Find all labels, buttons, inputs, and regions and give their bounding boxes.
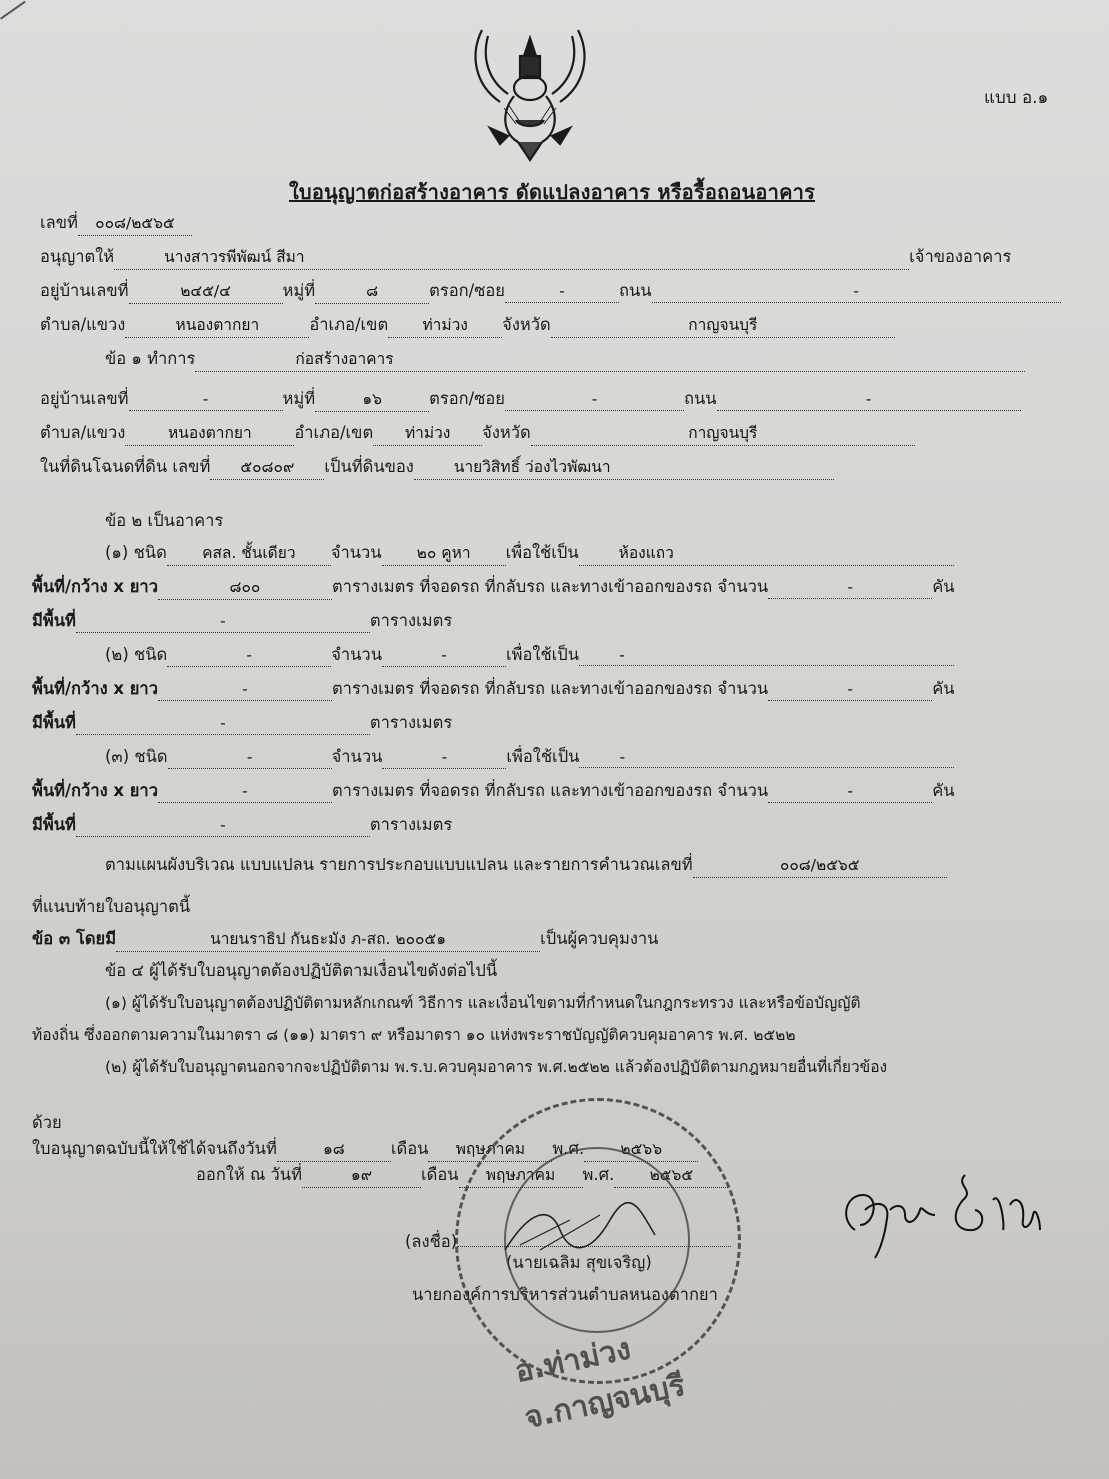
owner-suffix: เจ้าของอาคาร — [909, 244, 1011, 270]
land-deed-row: ในที่ดินโฉนดที่ดิน เลขที่ ๕๐๘๐๙ เป็นที่ด… — [40, 454, 834, 480]
building-type-label: ชนิด — [134, 642, 167, 668]
province-label: จังหวัด — [502, 312, 551, 338]
sqm-unit: ตารางเมตร — [370, 812, 452, 838]
site-tambon: หนองตากยา — [125, 420, 294, 446]
building-use-label: เพื่อใช้เป็น — [506, 642, 579, 668]
owner-house-no: ๒๔๕/๔ — [129, 278, 283, 304]
site-amphoe-label: อำเภอ/เขต — [294, 420, 373, 446]
plan-suffix: ที่แนบท้ายใบอนุญาตนี้ — [32, 894, 190, 920]
building-area-label: พื้นที่/กว้าง x ยาว — [32, 574, 158, 600]
road-label: ถนน — [619, 278, 652, 304]
building-count-label: จำนวน — [332, 744, 383, 770]
parking-area: - — [76, 714, 370, 735]
permit-number-row: เลขที่ ๐๐๘/๒๕๖๕ — [40, 210, 192, 236]
owner-road: - — [652, 282, 1061, 303]
plan-suffix-row: ที่แนบท้ายใบอนุญาตนี้ — [32, 894, 190, 920]
site-moo: ๑๖ — [315, 386, 429, 412]
building-type: - — [168, 748, 332, 769]
supervisor-suffix: เป็นผู้ควบคุมงาน — [540, 926, 658, 952]
building-count-label: จำนวน — [331, 540, 382, 566]
garuda-emblem-icon — [460, 24, 600, 164]
amphoe-label: อำเภอ/เขต — [309, 312, 388, 338]
land-owner: นายวิสิทธิ์ ว่องไวพัฒนา — [414, 454, 834, 480]
building-area-label: พื้นที่/กว้าง x ยาว — [32, 778, 158, 804]
issued-label: ออกให้ ณ วันที่ — [196, 1162, 302, 1188]
soi-label: ตรอก/ซอย — [429, 278, 505, 304]
vehicle-unit: คัน — [932, 778, 954, 804]
supervisor-name: นายนราธิป กันธะมัง ภ-สถ. ๒๐๐๕๑ — [116, 926, 540, 952]
building-count: - — [382, 646, 506, 667]
building-type-row: (๒) ชนิด - จำนวน - เพื่อใช้เป็น - — [105, 642, 954, 668]
plan-no: ๐๐๘/๒๕๖๕ — [693, 852, 947, 878]
form-code: แบบ อ.๑ — [984, 84, 1048, 111]
building-count: ๒๐ คูหา — [382, 540, 506, 566]
building-use: - — [579, 748, 954, 768]
site-province-label: จังหวัด — [482, 420, 531, 446]
clause4-item2-line1: (๒) ผู้ได้รับใบอนุญาตนอกจากจะปฏิบัติตาม … — [105, 1054, 887, 1079]
site-soi-label: ตรอก/ซอย — [429, 386, 505, 412]
issued-month-label: เดือน — [421, 1162, 459, 1188]
grantee-label: อนุญาตให้ — [40, 244, 114, 270]
tambon-label: ตำบล/แขวง — [40, 312, 125, 338]
clause4-item2-text-1: (๒) ผู้ได้รับใบอนุญาตนอกจากจะปฏิบัติตาม … — [105, 1054, 887, 1079]
building-use-label: เพื่อใช้เป็น — [506, 540, 579, 566]
house-no-label: อยู่บ้านเลขที่ — [40, 278, 129, 304]
owner-address-row-2: ตำบล/แขวง หนองตากยา อำเภอ/เขต ท่าม่วง จั… — [40, 312, 895, 338]
clause4-heading: ข้อ ๔ ผู้ได้รับใบอนุญาตต้องปฏิบัติตามเงื… — [105, 958, 497, 984]
seal-text: อ.ท่าม่วง จ.กาญจนบุรี — [511, 1304, 746, 1442]
building-count-label: จำนวน — [331, 642, 382, 668]
site-address-row-1: อยู่บ้านเลขที่ - หมู่ที่ ๑๖ ตรอก/ซอย - ถ… — [40, 386, 1021, 412]
land-owner-label: เป็นที่ดินของ — [324, 454, 414, 480]
building-use: ห้องแถว — [579, 540, 954, 566]
parking-area-label: มีพื้นที่ — [32, 608, 76, 634]
parking-area: - — [76, 816, 370, 837]
permit-number-label: เลขที่ — [40, 210, 78, 236]
clause4-item1-line1: (๑) ผู้ได้รับใบอนุญาตต้องปฏิบัติตามหลักเ… — [105, 990, 861, 1015]
valid-day: ๑๘ — [277, 1136, 391, 1162]
building-type-row: (๑) ชนิด คสล. ชั้นเดียว จำนวน ๒๐ คูหา เพ… — [105, 540, 954, 566]
clause1-row: ข้อ ๑ ทำการ ก่อสร้างอาคาร — [105, 346, 1025, 372]
document-title: ใบอนุญาตก่อสร้างอาคาร ดัดแปลงอาคาร หรือร… — [252, 176, 852, 208]
clause4-item1-text-1: (๑) ผู้ได้รับใบอนุญาตต้องปฏิบัติตามหลักเ… — [105, 990, 861, 1015]
parking-count: - — [768, 782, 932, 803]
building-area-row: พื้นที่/กว้าง x ยาว - ตารางเมตร ที่จอดรถ… — [32, 778, 955, 804]
clause1-heading: ข้อ ๑ ทำการ — [105, 346, 195, 372]
vehicle-unit: คัน — [932, 574, 954, 600]
site-tambon-label: ตำบล/แขวง — [40, 420, 125, 446]
parking-area-label: มีพื้นที่ — [32, 812, 76, 838]
clause4-item1-text-2: ท้องถิ่น ซึ่งออกตามความในมาตรา ๘ (๑๑) มา… — [32, 1022, 796, 1047]
clause4-item1-line2: ท้องถิ่น ซึ่งออกตามความในมาตรา ๘ (๑๑) มา… — [32, 1022, 796, 1047]
clause4-item2-text-2: ด้วย — [32, 1110, 62, 1136]
site-road-label: ถนน — [684, 386, 717, 412]
parking-count: - — [768, 680, 932, 701]
permit-document: แบบ อ.๑ ใบอนุญาตก่อสร้างอาคาร ดัดแปลงอาค… — [0, 0, 1109, 1479]
owner-soi: - — [505, 282, 619, 303]
building-area: ๘๐๐ — [158, 574, 332, 600]
building-parking-area-row: มีพื้นที่ - ตารางเมตร — [32, 608, 452, 634]
sign-label: (ลงชื่อ) — [405, 1229, 457, 1255]
building-use: - — [579, 646, 954, 666]
building-parking-area-row: มีพื้นที่ - ตารางเมตร — [32, 812, 452, 838]
clause3-row: ข้อ ๓ โดยมี นายนราธิป กันธะมัง ภ-สถ. ๒๐๐… — [32, 926, 658, 952]
clause3-heading: ข้อ ๓ โดยมี — [32, 926, 116, 952]
clause4-heading-row: ข้อ ๔ ผู้ได้รับใบอนุญาตต้องปฏิบัติตามเงื… — [105, 958, 497, 984]
parking-area: - — [76, 612, 370, 633]
building-type: - — [167, 646, 331, 667]
site-address-row-2: ตำบล/แขวง หนองตากยา อำเภอ/เขต ท่าม่วง จั… — [40, 420, 915, 446]
owner-address-row-1: อยู่บ้านเลขที่ ๒๔๕/๔ หมู่ที่ ๘ ตรอก/ซอย … — [40, 278, 1061, 304]
building-index: (๒) — [105, 642, 129, 668]
building-area-label: พื้นที่/กว้าง x ยาว — [32, 676, 158, 702]
clause4-item2-line2: ด้วย — [32, 1110, 62, 1136]
owner-tambon: หนองตากยา — [125, 312, 309, 338]
plan-row: ตามแผนผังบริเวณ แบบแปลน รายการประกอบแบบแ… — [105, 852, 947, 878]
clause1-action: ก่อสร้างอาคาร — [195, 346, 1025, 372]
building-type-label: ชนิด — [134, 540, 167, 566]
building-index: (๑) — [105, 540, 128, 566]
valid-until-label: ใบอนุญาตฉบับนี้ให้ใช้ได้จนถึงวันที่ — [32, 1136, 277, 1162]
building-use-label: เพื่อใช้เป็น — [506, 744, 579, 770]
parking-label: ตารางเมตร ที่จอดรถ ที่กลับรถ และทางเข้าอ… — [332, 676, 768, 702]
sqm-unit: ตารางเมตร — [370, 608, 452, 634]
parking-area-label: มีพื้นที่ — [32, 710, 76, 736]
building-type: คสล. ชั้นเดียว — [167, 540, 331, 566]
sqm-unit: ตารางเมตร — [370, 710, 452, 736]
site-amphoe: ท่าม่วง — [373, 420, 482, 446]
owner-province: กาญจนบุรี — [551, 312, 895, 338]
owner-moo: ๘ — [315, 278, 429, 304]
clause2-heading-row: ข้อ ๒ เป็นอาคาร — [105, 508, 223, 534]
owner-amphoe: ท่าม่วง — [388, 312, 502, 338]
handwritten-signature-icon: อรุณ สีมา — [835, 1160, 1045, 1260]
building-parking-area-row: มีพื้นที่ - ตารางเมตร — [32, 710, 452, 736]
permit-number-value: ๐๐๘/๒๕๖๕ — [78, 210, 192, 236]
building-area-row: พื้นที่/กว้าง x ยาว - ตารางเมตร ที่จอดรถ… — [32, 676, 955, 702]
building-type-row: (๓) ชนิด - จำนวน - เพื่อใช้เป็น - — [105, 744, 954, 770]
paper-crease — [0, 1, 26, 20]
site-house-no-label: อยู่บ้านเลขที่ — [40, 386, 129, 412]
plan-text: ตามแผนผังบริเวณ แบบแปลน รายการประกอบแบบแ… — [105, 852, 693, 878]
building-index: (๓) — [105, 744, 129, 770]
grantee-value: นางสาวรพีพัฒน์ สีมา — [114, 244, 909, 270]
parking-label: ตารางเมตร ที่จอดรถ ที่กลับรถ และทางเข้าอ… — [332, 574, 768, 600]
land-deed-label: ในที่ดินโฉนดที่ดิน เลขที่ — [40, 454, 210, 480]
issued-day: ๑๙ — [302, 1162, 421, 1188]
site-province: กาญจนบุรี — [531, 420, 915, 446]
land-deed-no: ๕๐๘๐๙ — [210, 454, 324, 480]
building-area-row: พื้นที่/กว้าง x ยาว ๘๐๐ ตารางเมตร ที่จอด… — [32, 574, 955, 600]
moo-label: หมู่ที่ — [283, 278, 316, 304]
site-road: - — [717, 390, 1021, 411]
official-signature-scribble-icon — [500, 1200, 660, 1260]
building-area: - — [158, 680, 332, 701]
parking-label: ตารางเมตร ที่จอดรถ ที่กลับรถ และทางเข้าอ… — [332, 778, 768, 804]
parking-count: - — [768, 578, 932, 599]
building-area: - — [158, 782, 332, 803]
site-house-no: - — [129, 390, 283, 411]
site-soi: - — [505, 390, 684, 411]
site-moo-label: หมู่ที่ — [283, 386, 316, 412]
building-type-label: ชนิด — [134, 744, 167, 770]
building-count: - — [382, 748, 506, 769]
vehicle-unit: คัน — [932, 676, 954, 702]
valid-month-label: เดือน — [391, 1136, 429, 1162]
clause2-heading: ข้อ ๒ เป็นอาคาร — [105, 508, 223, 534]
grantee-row: อนุญาตให้ นางสาวรพีพัฒน์ สีมา เจ้าของอาค… — [40, 244, 1011, 270]
